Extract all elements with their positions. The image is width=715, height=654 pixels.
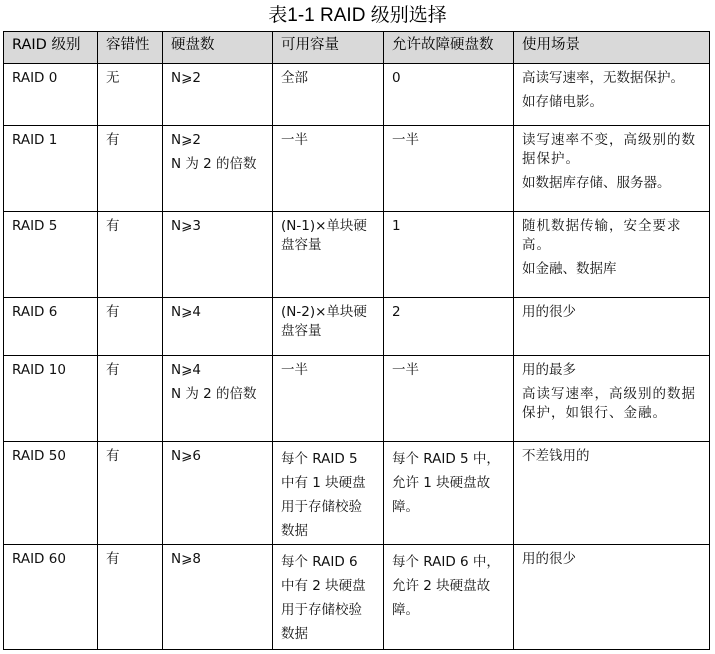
disk-count-text: N⩾2 bbox=[171, 131, 264, 150]
scenario-text: 用的很少 bbox=[522, 550, 701, 569]
scenario-text: 读写速率不变，高级别的数据保护。 bbox=[522, 131, 701, 169]
header-raid-level: RAID 级别 bbox=[4, 32, 98, 64]
cell-disk-count: N⩾2 N 为 2 的倍数 bbox=[163, 126, 273, 212]
table-row: RAID 60 有 N⩾8 每个 RAID 6 中有 2 块硬盘用于存储校验数据… bbox=[4, 545, 710, 650]
scenario-example-text: 如存储电影。 bbox=[522, 93, 701, 112]
allowed-failures-text: 1 bbox=[392, 217, 505, 236]
cell-disk-count: N⩾6 bbox=[163, 442, 273, 545]
cell-fault-tolerance: 有 bbox=[98, 298, 163, 356]
cell-usable-capacity: (N-1)×单块硬盘容量 bbox=[273, 212, 384, 298]
disk-count-text: N⩾4 bbox=[171, 303, 264, 322]
table-row: RAID 0 无 N⩾2 全部 0 高读写速率，无数据保护。 如存储电影。 bbox=[4, 64, 710, 126]
cell-fault-tolerance: 无 bbox=[98, 64, 163, 126]
scenario-detail-text: 高读写速率，高级别的数据保护，如银行、金融。 bbox=[522, 385, 701, 423]
cell-use-scenario: 用的很少 bbox=[514, 298, 710, 356]
cell-raid-level: RAID 0 bbox=[4, 64, 98, 126]
raid-level-text: RAID 0 bbox=[12, 70, 57, 86]
scenario-text: 用的很少 bbox=[522, 303, 701, 322]
capacity-text: 一半 bbox=[281, 131, 375, 150]
cell-allowed-failures: 2 bbox=[384, 298, 514, 356]
cell-use-scenario: 用的最多 高读写速率，高级别的数据保护，如银行、金融。 bbox=[514, 356, 710, 442]
disk-count-text: N⩾8 bbox=[171, 550, 264, 569]
cell-disk-count: N⩾8 bbox=[163, 545, 273, 650]
header-disk-count: 硬盘数 bbox=[163, 32, 273, 64]
cell-raid-level: RAID 6 bbox=[4, 298, 98, 356]
cell-raid-level: RAID 10 bbox=[4, 356, 98, 442]
cell-allowed-failures: 一半 bbox=[384, 356, 514, 442]
table-header-row: RAID 级别 容错性 硬盘数 可用容量 允许故障硬盘数 使用场景 bbox=[4, 32, 710, 64]
cell-fault-tolerance: 有 bbox=[98, 356, 163, 442]
header-use-scenario: 使用场景 bbox=[514, 32, 710, 64]
cell-raid-level: RAID 1 bbox=[4, 126, 98, 212]
fault-tolerance-text: 有 bbox=[106, 362, 120, 378]
cell-use-scenario: 高读写速率，无数据保护。 如存储电影。 bbox=[514, 64, 710, 126]
disk-count-text: N⩾6 bbox=[171, 447, 264, 466]
cell-use-scenario: 随机数据传输，安全要求高。 如金融、数据库 bbox=[514, 212, 710, 298]
cell-fault-tolerance: 有 bbox=[98, 442, 163, 545]
fault-tolerance-text: 有 bbox=[106, 132, 120, 148]
table-row: RAID 1 有 N⩾2 N 为 2 的倍数 一半 一半 读写速率不变，高级别的… bbox=[4, 126, 710, 212]
fault-tolerance-text: 无 bbox=[106, 70, 120, 86]
disk-count-text: N⩾3 bbox=[171, 217, 264, 236]
raid-level-text: RAID 10 bbox=[12, 362, 66, 378]
allowed-failures-text: 一半 bbox=[392, 131, 505, 150]
cell-use-scenario: 读写速率不变，高级别的数据保护。 如数据库存储、服务器。 bbox=[514, 126, 710, 212]
cell-fault-tolerance: 有 bbox=[98, 212, 163, 298]
raid-level-text: RAID 50 bbox=[12, 448, 66, 464]
capacity-text: 每个 RAID 5 中有 1 块硬盘用于存储校验数据 bbox=[281, 447, 375, 543]
capacity-text: (N-1)×单块硬盘容量 bbox=[281, 217, 375, 255]
capacity-text: 全部 bbox=[281, 69, 375, 88]
header-usable-capacity: 可用容量 bbox=[273, 32, 384, 64]
cell-use-scenario: 用的很少 bbox=[514, 545, 710, 650]
allowed-failures-text: 一半 bbox=[392, 361, 505, 380]
fault-tolerance-text: 有 bbox=[106, 218, 120, 234]
scenario-text: 随机数据传输，安全要求高。 bbox=[522, 217, 701, 255]
cell-raid-level: RAID 60 bbox=[4, 545, 98, 650]
cell-allowed-failures: 0 bbox=[384, 64, 514, 126]
capacity-text: 每个 RAID 6 中有 2 块硬盘用于存储校验数据 bbox=[281, 550, 375, 646]
cell-allowed-failures: 一半 bbox=[384, 126, 514, 212]
allowed-failures-text: 每个 RAID 5 中，允许 1 块硬盘故障。 bbox=[392, 447, 505, 519]
allowed-failures-text: 0 bbox=[392, 69, 505, 88]
cell-allowed-failures: 1 bbox=[384, 212, 514, 298]
cell-disk-count: N⩾4 bbox=[163, 298, 273, 356]
cell-raid-level: RAID 5 bbox=[4, 212, 98, 298]
header-fault-tolerance: 容错性 bbox=[98, 32, 163, 64]
table-row: RAID 5 有 N⩾3 (N-1)×单块硬盘容量 1 随机数据传输，安全要求高… bbox=[4, 212, 710, 298]
raid-level-table: RAID 级别 容错性 硬盘数 可用容量 允许故障硬盘数 使用场景 RAID 0… bbox=[3, 31, 710, 650]
disk-count-text: N⩾4 bbox=[171, 361, 264, 380]
cell-usable-capacity: 全部 bbox=[273, 64, 384, 126]
cell-allowed-failures: 每个 RAID 5 中，允许 1 块硬盘故障。 bbox=[384, 442, 514, 545]
fault-tolerance-text: 有 bbox=[106, 551, 120, 567]
disk-count-note: N 为 2 的倍数 bbox=[171, 155, 264, 174]
cell-allowed-failures: 每个 RAID 6 中，允许 2 块硬盘故障。 bbox=[384, 545, 514, 650]
allowed-failures-text: 每个 RAID 6 中，允许 2 块硬盘故障。 bbox=[392, 550, 505, 622]
fault-tolerance-text: 有 bbox=[106, 304, 120, 320]
scenario-example-text: 如金融、数据库 bbox=[522, 260, 701, 279]
capacity-text: (N-2)×单块硬盘容量 bbox=[281, 303, 375, 341]
table-row: RAID 50 有 N⩾6 每个 RAID 5 中有 1 块硬盘用于存储校验数据… bbox=[4, 442, 710, 545]
cell-use-scenario: 不差钱用的 bbox=[514, 442, 710, 545]
scenario-example-text: 如数据库存储、服务器。 bbox=[522, 174, 701, 193]
cell-fault-tolerance: 有 bbox=[98, 126, 163, 212]
allowed-failures-text: 2 bbox=[392, 303, 505, 322]
table-caption: 表1-1 RAID 级别选择 bbox=[0, 4, 715, 28]
cell-usable-capacity: 每个 RAID 6 中有 2 块硬盘用于存储校验数据 bbox=[273, 545, 384, 650]
disk-count-note: N 为 2 的倍数 bbox=[171, 385, 264, 404]
cell-disk-count: N⩾4 N 为 2 的倍数 bbox=[163, 356, 273, 442]
cell-usable-capacity: 每个 RAID 5 中有 1 块硬盘用于存储校验数据 bbox=[273, 442, 384, 545]
capacity-text: 一半 bbox=[281, 361, 375, 380]
cell-raid-level: RAID 50 bbox=[4, 442, 98, 545]
raid-level-text: RAID 6 bbox=[12, 304, 57, 320]
disk-count-text: N⩾2 bbox=[171, 69, 264, 88]
cell-usable-capacity: 一半 bbox=[273, 356, 384, 442]
raid-level-text: RAID 5 bbox=[12, 218, 57, 234]
cell-fault-tolerance: 有 bbox=[98, 545, 163, 650]
scenario-text: 高读写速率，无数据保护。 bbox=[522, 69, 701, 88]
table-row: RAID 10 有 N⩾4 N 为 2 的倍数 一半 一半 用的最多 高读写速率… bbox=[4, 356, 710, 442]
cell-disk-count: N⩾3 bbox=[163, 212, 273, 298]
cell-usable-capacity: 一半 bbox=[273, 126, 384, 212]
scenario-text: 用的最多 bbox=[522, 361, 701, 380]
fault-tolerance-text: 有 bbox=[106, 448, 120, 464]
cell-usable-capacity: (N-2)×单块硬盘容量 bbox=[273, 298, 384, 356]
raid-level-text: RAID 1 bbox=[12, 132, 57, 148]
header-allowed-failures: 允许故障硬盘数 bbox=[384, 32, 514, 64]
scenario-text: 不差钱用的 bbox=[522, 447, 701, 466]
table-row: RAID 6 有 N⩾4 (N-2)×单块硬盘容量 2 用的很少 bbox=[4, 298, 710, 356]
cell-disk-count: N⩾2 bbox=[163, 64, 273, 126]
raid-level-text: RAID 60 bbox=[12, 551, 66, 567]
